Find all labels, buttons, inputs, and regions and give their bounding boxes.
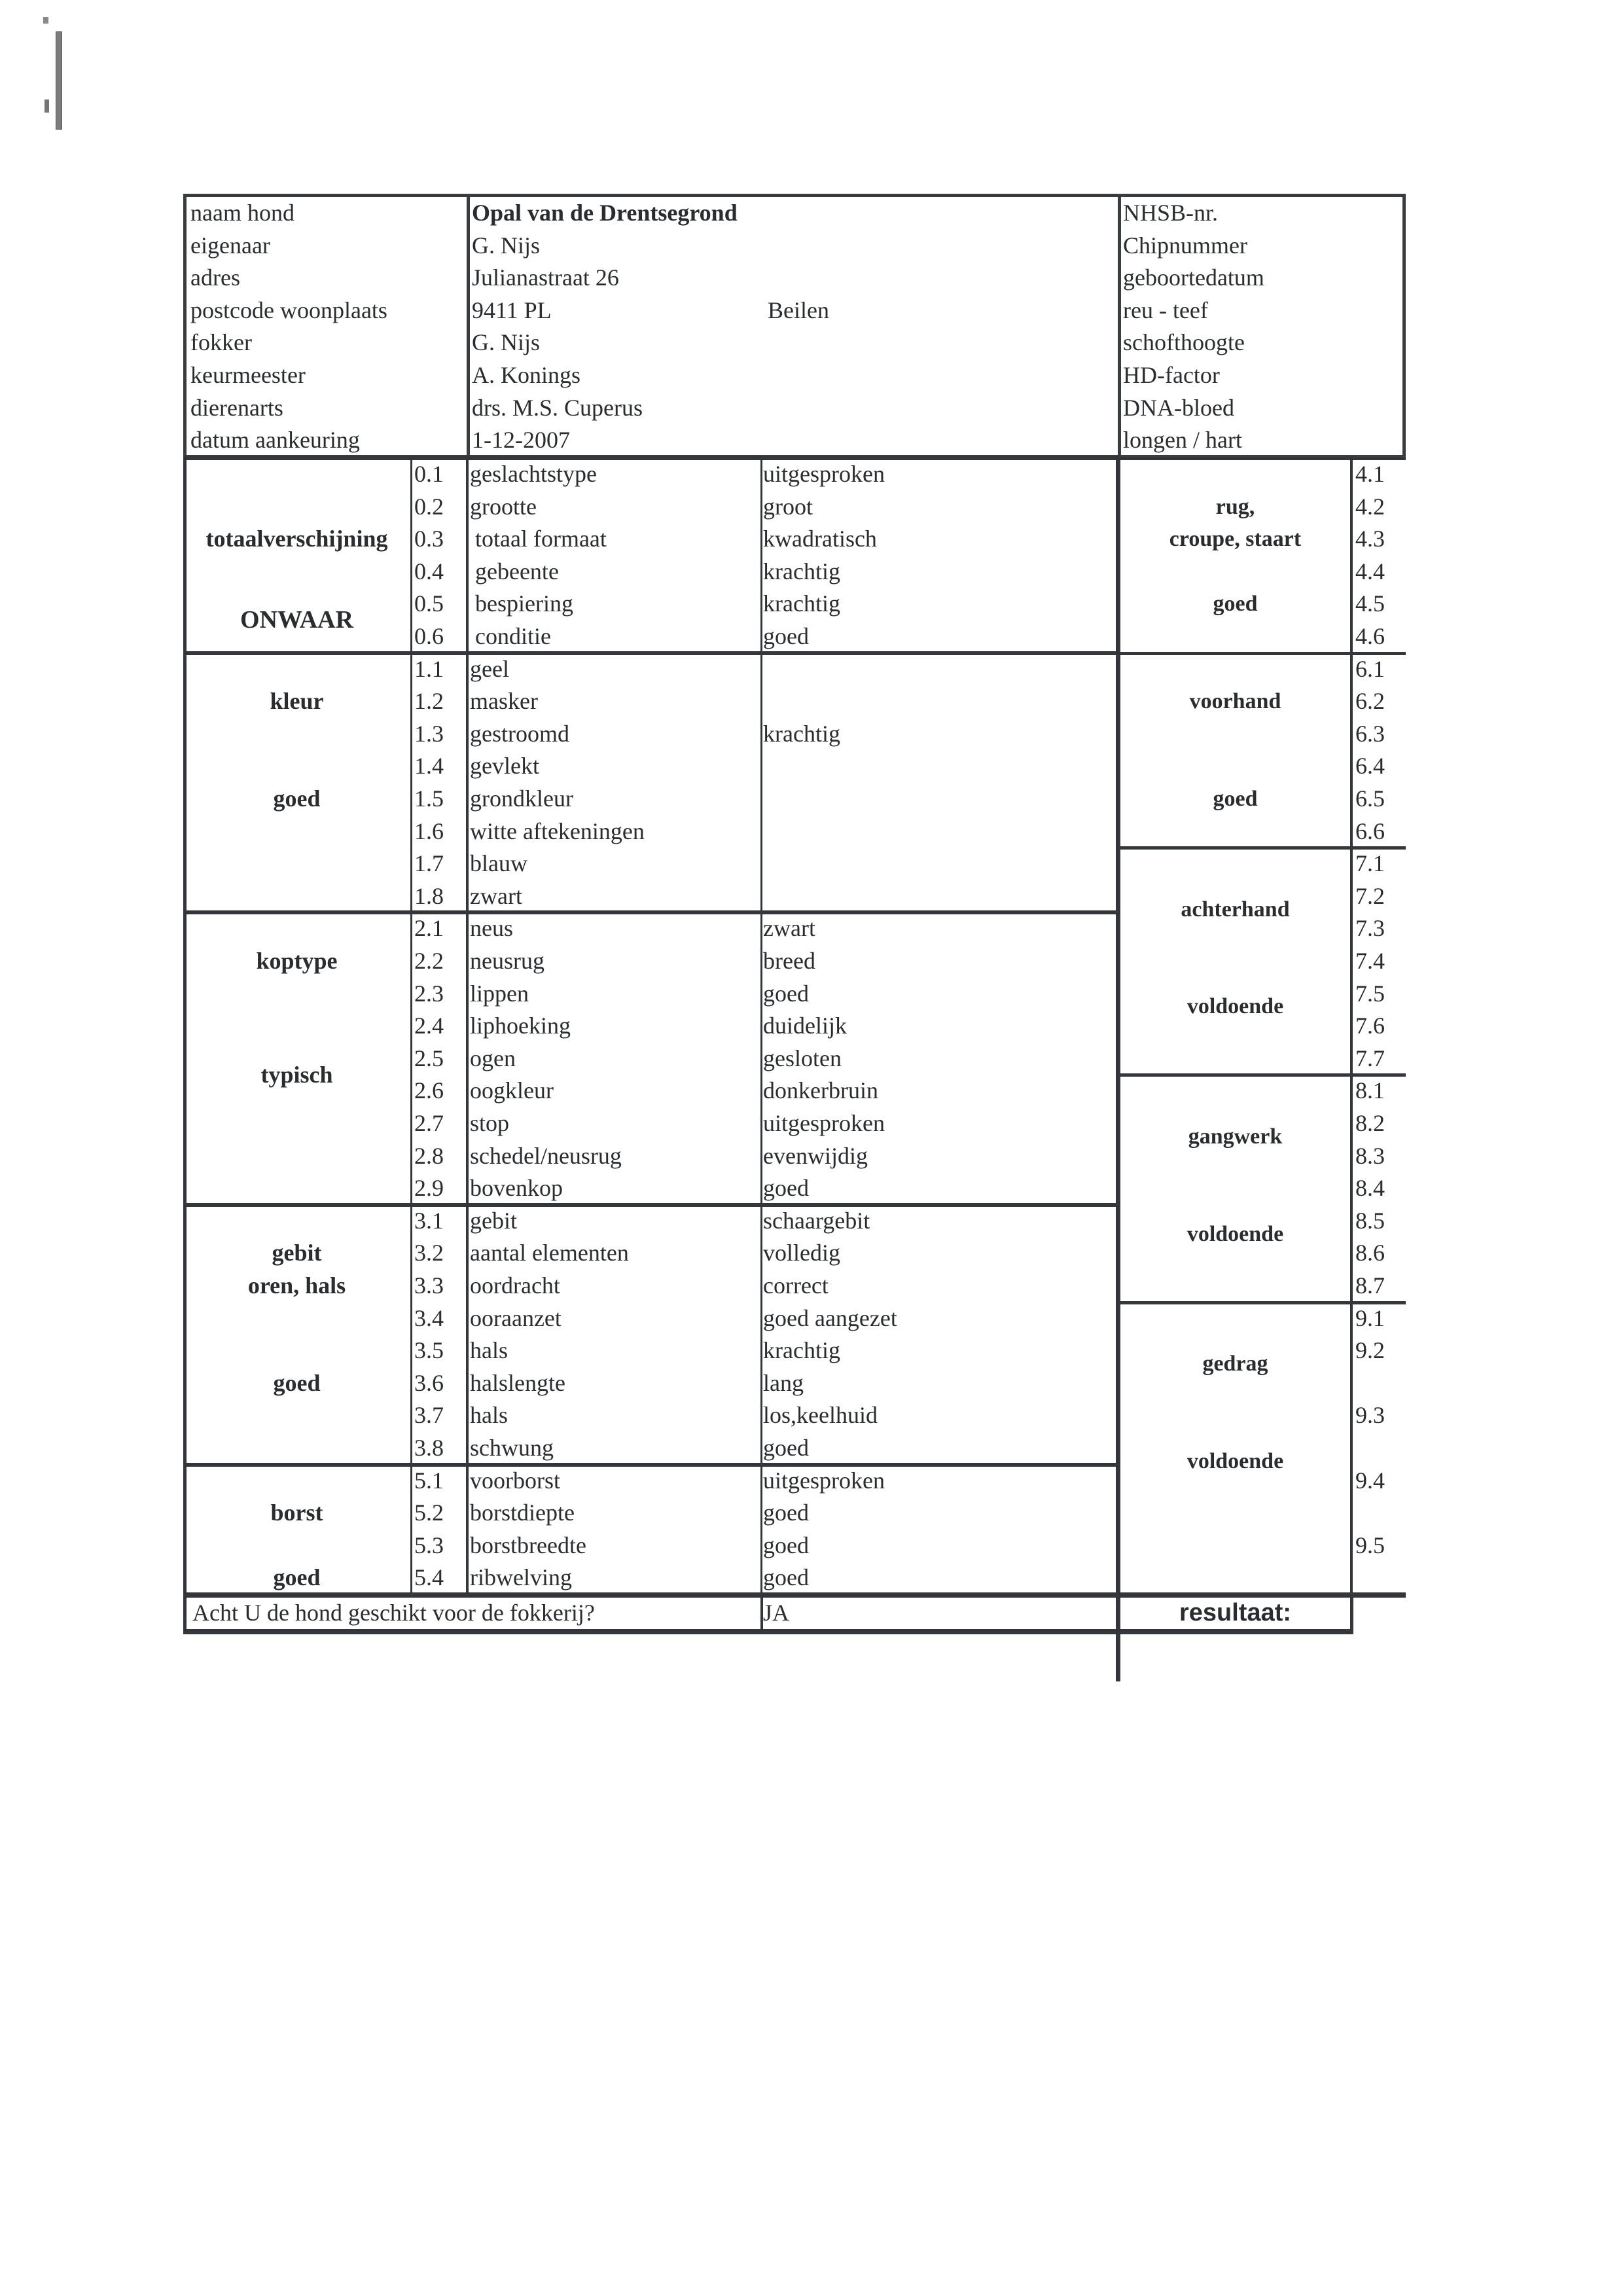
item-number: 3.8 (414, 1432, 444, 1465)
header-label: keurmeester (190, 359, 306, 392)
header-right-label: geboortedatum (1123, 262, 1264, 295)
item-label: halslengte (470, 1367, 565, 1400)
item-number: 8.3 (1355, 1140, 1385, 1173)
scan-mark (45, 99, 49, 113)
item-value: goed (763, 620, 809, 653)
item-number: 7.4 (1355, 945, 1385, 978)
grid-vline (410, 653, 412, 913)
item-value: goed (763, 1497, 809, 1530)
item-number: 3.3 (414, 1270, 444, 1302)
grid-vline (183, 1205, 187, 1465)
item-value: goed (763, 1172, 809, 1205)
item-label: conditie (475, 620, 551, 653)
item-number: 2.4 (414, 1010, 444, 1043)
section-border (183, 1203, 1120, 1207)
item-number: 0.4 (414, 556, 444, 588)
item-label: gebeente (475, 556, 559, 588)
grid-vline (410, 1205, 412, 1465)
item-number: 3.7 (414, 1399, 444, 1432)
item-value: breed (763, 945, 815, 978)
item-value: goed (763, 1432, 809, 1465)
item-number: 6.5 (1355, 783, 1385, 816)
item-value: volledig (763, 1237, 840, 1270)
header-label: fokker (190, 327, 252, 359)
section-verdict: typisch (183, 1059, 410, 1092)
item-label: oogkleur (470, 1075, 554, 1107)
grid-vline (410, 1465, 412, 1594)
item-number: 9.2 (1355, 1335, 1385, 1367)
item-value: krachtig (763, 556, 840, 588)
item-label: totaal formaat (475, 523, 607, 556)
section-title: borst (183, 1497, 410, 1530)
item-label: borstbreedte (470, 1530, 586, 1562)
item-number: 1.4 (414, 750, 444, 783)
section-border (183, 1463, 1120, 1467)
grid-vline (1350, 848, 1353, 1075)
section-title: rug, (1120, 491, 1350, 524)
item-value: schaargebit (763, 1205, 870, 1238)
item-number: 8.2 (1355, 1107, 1385, 1140)
item-number: 0.5 (414, 588, 444, 620)
item-label: gebit (470, 1205, 517, 1238)
dog-info-header: naam hondeigenaaradrespostcode woonplaat… (183, 194, 1406, 458)
item-number: 2.8 (414, 1140, 444, 1173)
item-label: hals (470, 1399, 508, 1432)
header-right-label: reu - teef (1123, 295, 1208, 327)
item-number: 7.1 (1355, 848, 1385, 880)
item-label: aantal elementen (470, 1237, 629, 1270)
item-label: schwung (470, 1432, 554, 1465)
section-verdict: goed (1120, 588, 1350, 620)
section-verdict: ONWAAR (183, 604, 410, 637)
item-number: 0.3 (414, 523, 444, 556)
grid-vline (1350, 653, 1353, 848)
section-border (183, 651, 1120, 655)
item-number: 4.3 (1355, 523, 1385, 556)
item-number: 7.2 (1355, 880, 1385, 913)
section-title: achterhand (1120, 893, 1350, 926)
item-value: correct (763, 1270, 829, 1302)
item-number: 3.6 (414, 1367, 444, 1400)
item-number: 1.3 (414, 718, 444, 751)
header-value: G. Nijs (472, 327, 540, 359)
item-value: goed aangezet (763, 1302, 897, 1335)
section-verdict: voldoende (1120, 990, 1350, 1023)
item-number: 9.3 (1355, 1399, 1385, 1432)
item-label: neus (470, 912, 513, 945)
item-number: 2.7 (414, 1107, 444, 1140)
item-value: krachtig (763, 588, 840, 620)
item-label: ribwelving (470, 1562, 572, 1594)
item-label: oordracht (470, 1270, 560, 1302)
section-verdict: goed (183, 1367, 410, 1400)
item-number: 1.2 (414, 685, 444, 718)
grid-vline (183, 653, 187, 913)
header-label: postcode woonplaats (190, 295, 387, 327)
header-right-label: DNA-bloed (1123, 392, 1234, 425)
grid-vline (183, 458, 187, 653)
header-value: 1-12-2007 (472, 424, 570, 457)
item-value: duidelijk (763, 1010, 847, 1043)
item-number: 0.1 (414, 458, 444, 491)
item-label: blauw (470, 848, 527, 880)
section-title: croupe, staart (1120, 523, 1350, 556)
item-number: 3.4 (414, 1302, 444, 1335)
section-title: oren, hals (183, 1270, 410, 1302)
item-number: 1.1 (414, 653, 444, 686)
section-title: gebit (183, 1237, 410, 1270)
grid-vline (760, 1205, 762, 1465)
item-number: 9.5 (1355, 1530, 1385, 1562)
grid-divider (1116, 1598, 1120, 1681)
header-label: eigenaar (190, 230, 270, 262)
result-label: resultaat: (1120, 1597, 1350, 1630)
item-number: 6.1 (1355, 653, 1385, 686)
item-label: witte aftekeningen (470, 816, 645, 848)
item-number: 7.6 (1355, 1010, 1385, 1043)
header-right-label: schofthoogte (1123, 327, 1245, 359)
item-number: 3.5 (414, 1335, 444, 1367)
breeding-question: Acht U de hond geschikt voor de fokkerij… (192, 1597, 595, 1630)
item-number: 8.7 (1355, 1270, 1385, 1302)
dog-name: Opal van de Drentsegrond (472, 197, 738, 230)
grid-vline (466, 912, 469, 1204)
grid-vline (1350, 458, 1353, 653)
grid-vline (183, 1465, 187, 1594)
item-label: lippen (470, 978, 529, 1011)
item-number: 5.3 (414, 1530, 444, 1562)
item-number: 2.2 (414, 945, 444, 978)
grid-vline (410, 912, 412, 1204)
grid-vline (760, 1465, 762, 1594)
section-verdict: voldoende (1120, 1218, 1350, 1251)
item-number: 7.3 (1355, 912, 1385, 945)
breeding-answer: JA (763, 1597, 789, 1630)
section-verdict: voldoende (1120, 1445, 1350, 1478)
grid-vline (1350, 1075, 1353, 1302)
grid-vline (410, 458, 412, 653)
header-label: naam hond (190, 197, 294, 230)
item-label: ogen (470, 1043, 516, 1075)
item-number: 5.4 (414, 1562, 444, 1594)
item-number: 8.5 (1355, 1205, 1385, 1238)
item-number: 2.1 (414, 912, 444, 945)
item-number: 8.1 (1355, 1075, 1385, 1107)
section-verdict: goed (183, 783, 410, 816)
grid-vline (1350, 1302, 1353, 1594)
item-value: los,keelhuid (763, 1399, 878, 1432)
grid-vline (760, 912, 762, 1204)
item-value: goed (763, 1562, 809, 1594)
grid-vline (183, 1598, 187, 1629)
header-right-label: HD-factor (1123, 359, 1220, 392)
header-value: Julianastraat 26 (472, 262, 619, 295)
item-label: stop (470, 1107, 509, 1140)
item-number: 4.2 (1355, 491, 1385, 524)
header-value: A. Konings (472, 359, 580, 392)
item-number: 2.5 (414, 1043, 444, 1075)
item-number: 1.5 (414, 783, 444, 816)
item-number: 4.1 (1355, 458, 1385, 491)
item-number: 2.6 (414, 1075, 444, 1107)
section-title: voorhand (1120, 685, 1350, 718)
item-number: 0.2 (414, 491, 444, 524)
item-number: 8.6 (1355, 1237, 1385, 1270)
section-verdict: goed (1120, 783, 1350, 816)
grid-vline (183, 912, 187, 1204)
grid-vline (1350, 1598, 1353, 1629)
item-value: krachtig (763, 718, 840, 751)
item-value: lang (763, 1367, 804, 1400)
header-right-label: longen / hart (1123, 424, 1242, 457)
item-number: 6.2 (1355, 685, 1385, 718)
item-number: 2.9 (414, 1172, 444, 1205)
header-label: datum aankeuring (190, 424, 360, 457)
item-number: 8.4 (1355, 1172, 1385, 1205)
item-label: borstdiepte (470, 1497, 575, 1530)
item-label: schedel/neusrug (470, 1140, 622, 1173)
item-label: gevlekt (470, 750, 539, 783)
header-label: adres (190, 262, 240, 295)
item-value: uitgesproken (763, 1465, 885, 1498)
item-label: grootte (470, 491, 537, 524)
item-number: 1.7 (414, 848, 444, 880)
item-value: uitgesproken (763, 1107, 885, 1140)
item-label: zwart (470, 880, 522, 913)
item-label: geslachtstype (470, 458, 597, 491)
item-number: 3.2 (414, 1237, 444, 1270)
header-value: G. Nijs (472, 230, 540, 262)
section-border (183, 456, 1120, 460)
grid-vline (466, 653, 469, 913)
item-value: goed (763, 978, 809, 1011)
header-value: drs. M.S. Cuperus (472, 392, 643, 425)
section-title: gangwerk (1120, 1121, 1350, 1153)
section-border (183, 910, 1120, 914)
item-label: bovenkop (470, 1172, 563, 1205)
grid-vline (760, 458, 762, 653)
item-number: 6.3 (1355, 718, 1385, 751)
item-number: 3.1 (414, 1205, 444, 1238)
staple-mark (56, 31, 62, 130)
item-label: grondkleur (470, 783, 573, 816)
item-number: 5.1 (414, 1465, 444, 1498)
item-label: gestroomd (470, 718, 569, 751)
item-label: voorborst (470, 1465, 560, 1498)
item-number: 4.6 (1355, 620, 1385, 653)
item-number: 9.1 (1355, 1302, 1385, 1335)
item-label: liphoeking (470, 1010, 571, 1043)
item-value: groot (763, 491, 813, 524)
item-number: 6.4 (1355, 750, 1385, 783)
item-number: 7.7 (1355, 1043, 1385, 1075)
item-value: krachtig (763, 1335, 840, 1367)
header-right-label: NHSB-nr. (1123, 197, 1218, 230)
scan-mark (43, 17, 48, 24)
item-number: 5.2 (414, 1497, 444, 1530)
item-number: 7.5 (1355, 978, 1385, 1011)
grid-vline (760, 653, 762, 913)
item-value: goed (763, 1530, 809, 1562)
item-value: kwadratisch (763, 523, 877, 556)
item-label: geel (470, 653, 509, 686)
grid-vline (466, 1205, 469, 1465)
item-label: masker (470, 685, 538, 718)
item-label: bespiering (475, 588, 573, 620)
section-border (183, 1629, 1353, 1634)
section-title: totaalverschijning (183, 523, 410, 556)
item-number: 4.4 (1355, 556, 1385, 588)
item-number: 6.6 (1355, 816, 1385, 848)
item-value: uitgesproken (763, 458, 885, 491)
item-value: gesloten (763, 1043, 842, 1075)
section-title: koptype (183, 945, 410, 978)
grid-vline (466, 1465, 469, 1594)
grid-divider (1116, 456, 1120, 1594)
item-value: zwart (763, 912, 815, 945)
item-number: 1.6 (414, 816, 444, 848)
section-title: kleur (183, 685, 410, 718)
item-number: 1.8 (414, 880, 444, 913)
section-verdict: goed (183, 1562, 410, 1594)
item-value: donkerbruin (763, 1075, 878, 1107)
grid-vline (466, 458, 469, 653)
header-right-label: Chipnummer (1123, 230, 1247, 262)
item-number: 0.6 (414, 620, 444, 653)
item-number: 9.4 (1355, 1465, 1385, 1498)
item-number: 2.3 (414, 978, 444, 1011)
item-label: hals (470, 1335, 508, 1367)
grid-vline (760, 1598, 763, 1629)
header-label: dierenarts (190, 392, 283, 425)
item-label: neusrug (470, 945, 544, 978)
item-label: ooraanzet (470, 1302, 562, 1335)
section-title: gedrag (1120, 1348, 1350, 1380)
header-city: Beilen (768, 295, 829, 327)
header-value: 9411 PL (472, 295, 552, 327)
item-number: 4.5 (1355, 588, 1385, 620)
item-value: evenwijdig (763, 1140, 868, 1173)
